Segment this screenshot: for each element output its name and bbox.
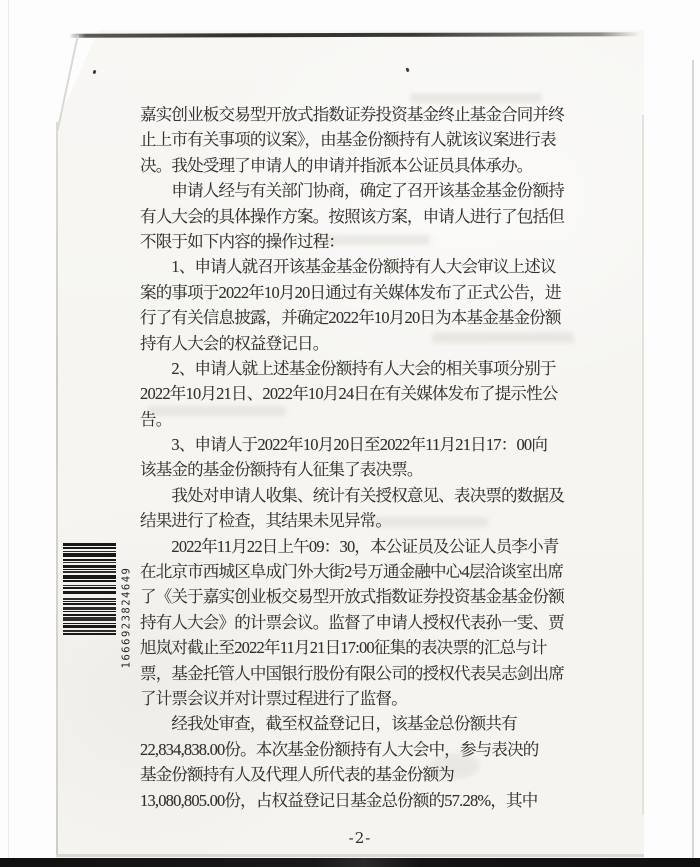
text-line: 不限于如下内容的操作过程： [140,229,592,254]
text-line: 13,080,805.00份，占权益登记日基金总份额的57.28%，其中 [140,788,592,813]
text-line: 了计票会议并对计票过程进行了监督。 [140,686,592,711]
scanner-edge-line-right [692,60,694,867]
text-line: 2022年10月21日、2022年10月24日在有关媒体发布了提示性公 [140,381,592,406]
text-line: 嘉实创业板交易型开放式指数证券投资基金终止基金合同并终 [140,102,592,127]
barcode-number: 1666923824649 [121,544,134,692]
text-line: 在北京市西城区阜成门外大街2号万通金融中心4层洽谈室出席 [140,559,592,584]
text-line: 有人大会的具体操作方案。按照该方案，申请人进行了包括但 [140,204,592,229]
paper-left-edge [56,122,58,856]
paper-right-edge [642,115,644,815]
text-line: 3、申请人于2022年10月20日至2022年11月21日17：00向 [140,432,592,457]
barcode-gap [63,635,116,638]
text-line: 22,834,838.00份。本次基金份额持有人大会中，参与表决的 [140,737,592,762]
text-line: 1、申请人就召开该基金基金份额持有人大会审议上述议 [140,254,592,279]
page-number: -2- [140,828,580,848]
text-line: 2022年11月22日上午09：30，本公证员及公证人员李小青 [140,534,592,559]
text-line: 票，基金托管人中国银行股份有限公司的授权代表吴志剑出席 [140,661,592,686]
text-line: 行了有关信息披露，并确定2022年10月20日为本基金基金份额 [140,305,592,330]
text-line: 了《关于嘉实创业板交易型开放式指数证券投资基金基金份额 [140,584,592,609]
text-line: 止上市有关事项的议案》，由基金份额持有人就该议案进行表 [140,127,592,152]
scanner-edge-line-left [8,0,9,867]
text-line: 决。我处受理了申请人的申请并指派本公证员具体承办。 [140,153,592,178]
text-line: 持有人大会》的计票会议。监督了申请人授权代表孙一雯、贾 [140,610,592,635]
text-line: 基金份额持有人及代理人所代表的基金份额为 [140,762,592,787]
barcode [63,543,116,679]
text-line: 经我处审查，截至权益登记日，该基金总份额共有 [140,711,592,736]
scanned-notarial-document-page: 1666923824649 嘉实创业板交易型开放式指数证券投资基金终止基金合同并… [0,0,700,867]
document-body-text: 嘉实创业板交易型开放式指数证券投资基金终止基金合同并终止上市有关事项的议案》，由… [140,102,592,813]
text-line: 该基金的基金份额持有人征集了表决票。 [140,457,592,482]
text-line: 结果进行了检查，其结果未见异常。 [140,508,592,533]
text-line: 我处对申请人收集、统计有关授权意见、表决票的数据及 [140,483,592,508]
text-line: 案的事项于2022年10月20日通过有关媒体发布了正式公告，进 [140,280,592,305]
paper-bottom-edge-shadow [56,854,644,857]
text-line: 旭岚对截止至2022年11月21日17:00征集的表决票的汇总与计 [140,635,592,660]
ink-speck [406,68,409,72]
scan-bottom-black-strip [0,858,700,867]
text-line: 2、申请人就上述基金份额持有人大会的相关事项分别于 [140,356,592,381]
text-line: 申请人经与有关部门协商，确定了召开该基金基金份额持 [140,178,592,203]
text-line: 持有人大会的权益登记日。 [140,331,592,356]
text-line: 告。 [140,407,592,432]
